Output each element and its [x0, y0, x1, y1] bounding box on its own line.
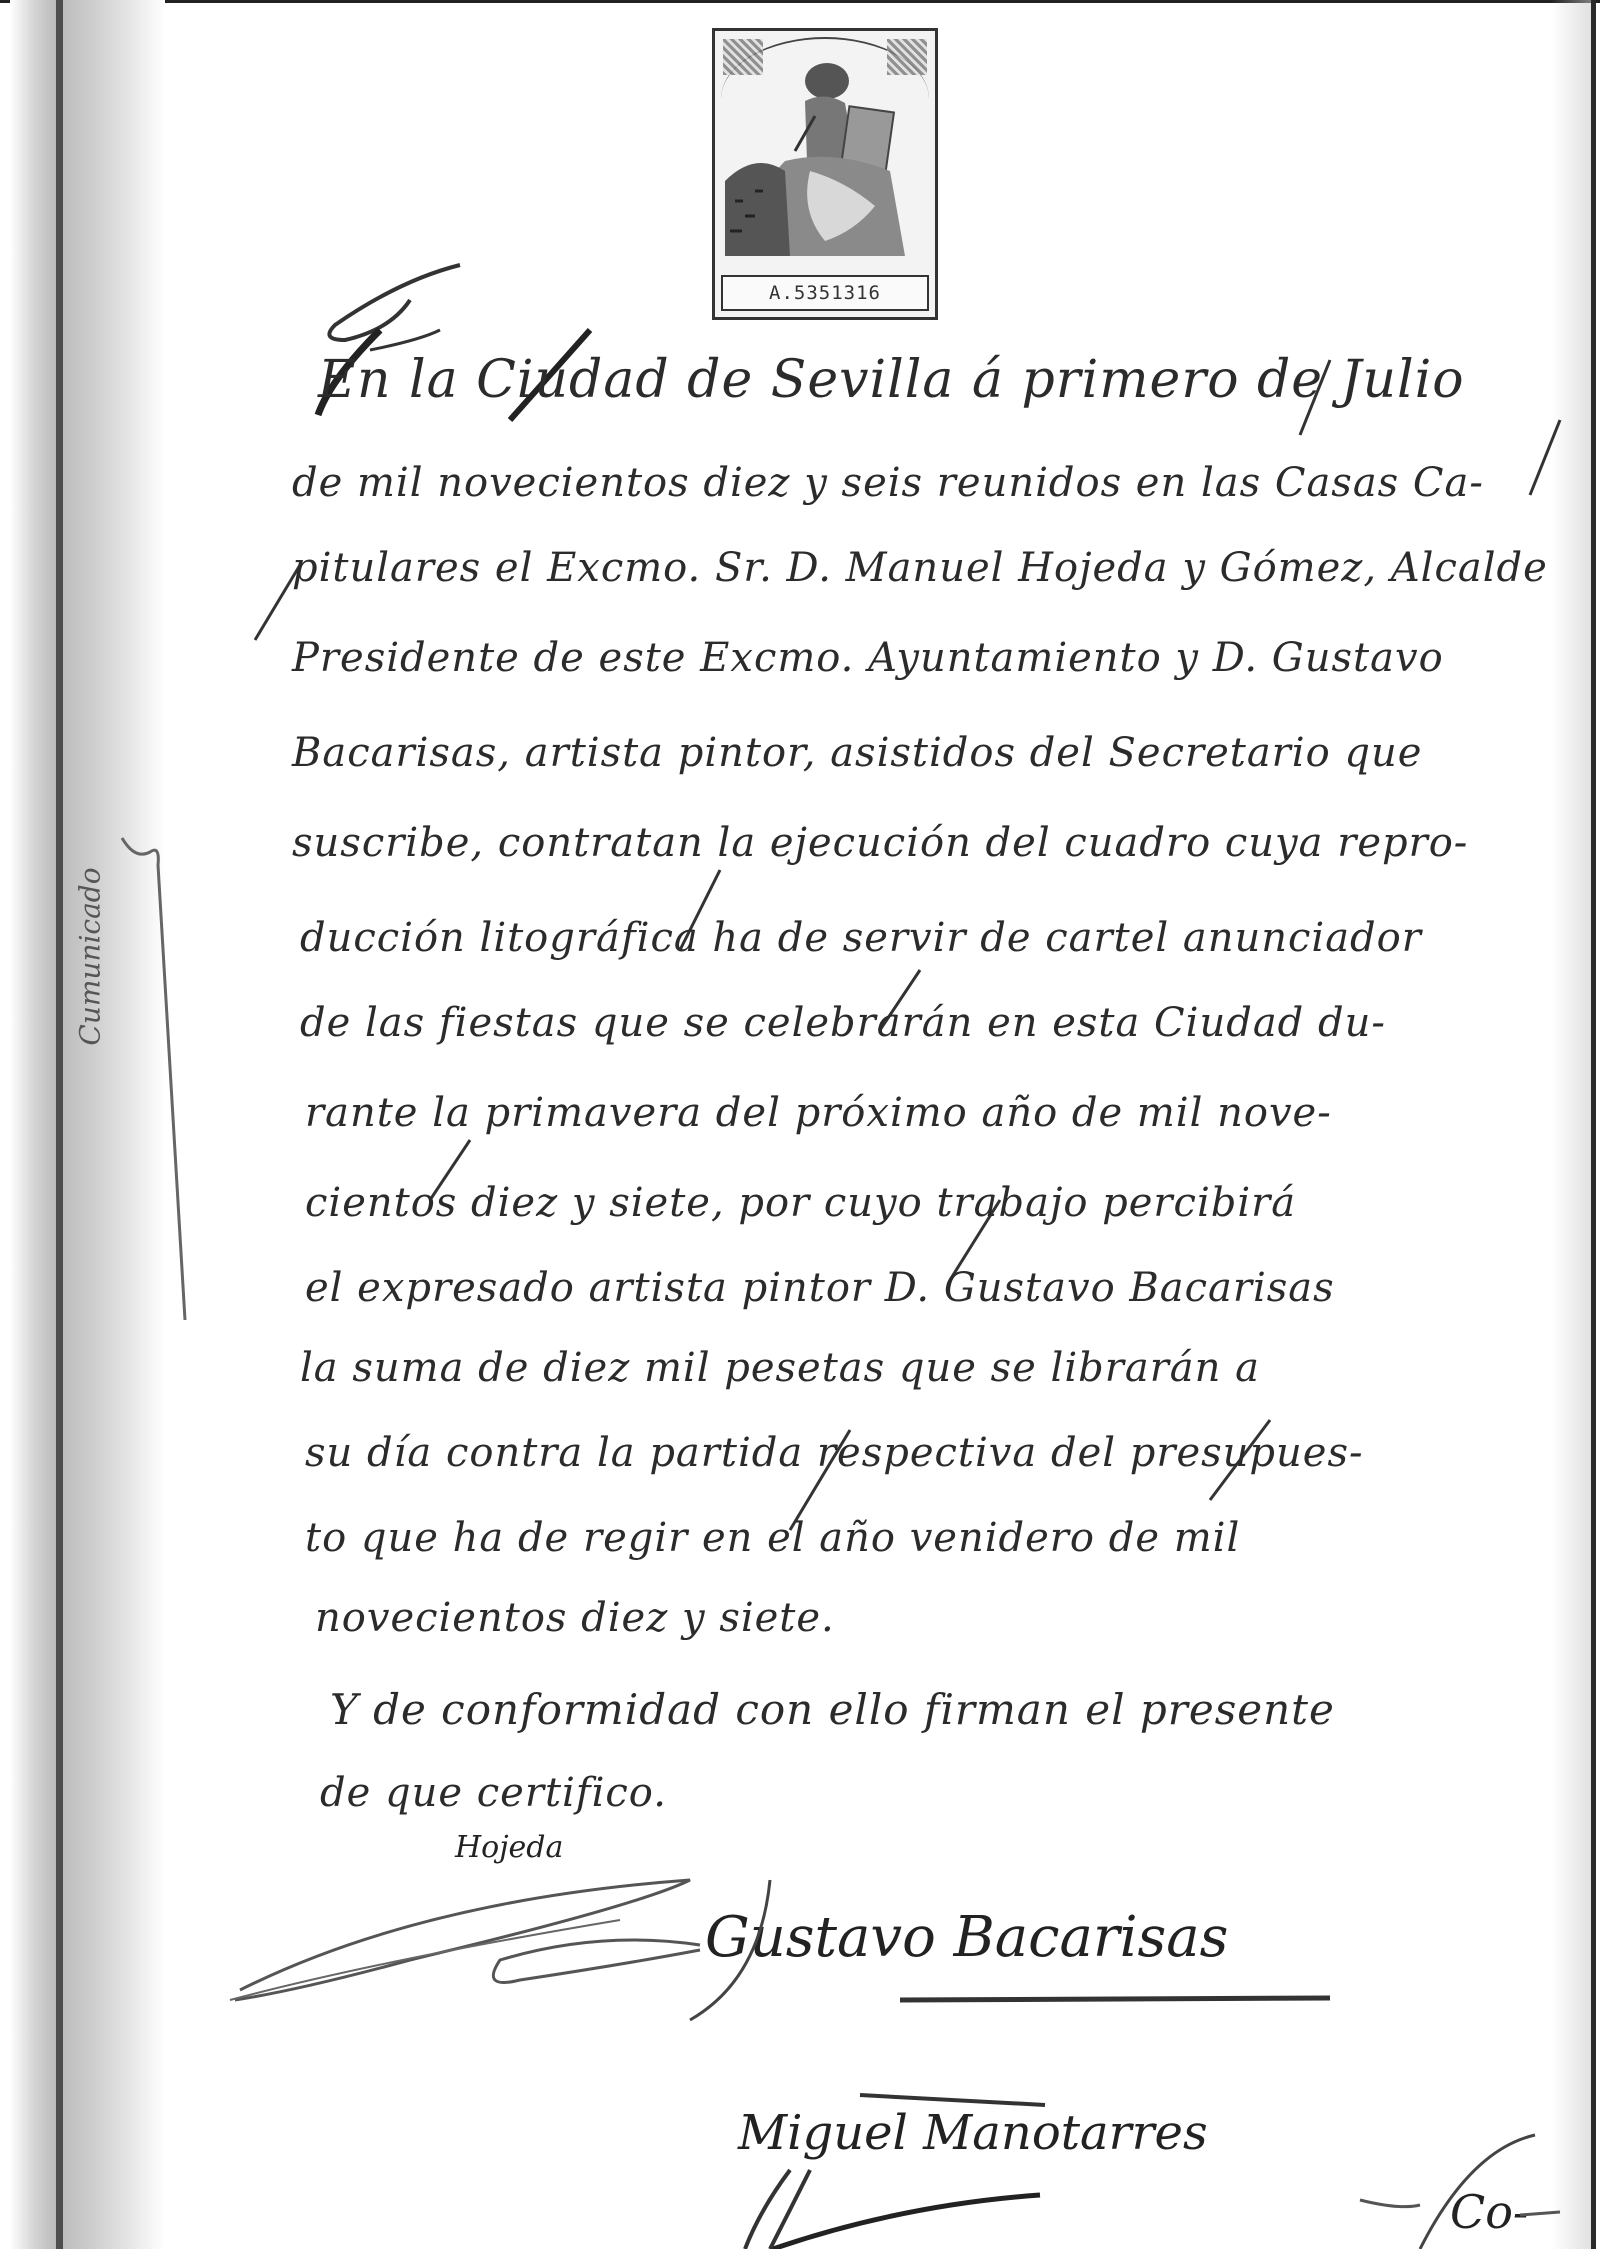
stamp-serial-number: A.5351316: [721, 275, 929, 311]
body-line-7: ducción litográfica ha de servir de cart…: [300, 915, 1422, 961]
body-line-12: la suma de diez mil pesetas que se libra…: [300, 1345, 1260, 1391]
body-line-1: En la Ciudad de Sevilla á primero de Jul…: [318, 350, 1465, 410]
body-line-6: suscribe, contratan la ejecución del cua…: [292, 820, 1468, 866]
corner-rubric-signature: Co-: [1450, 2185, 1528, 2239]
margin-annotation: Cumunicado: [70, 830, 110, 1090]
body-line-17: de que certifico.: [320, 1770, 667, 1816]
body-line-13: su día contra la partida respectiva del …: [305, 1430, 1364, 1476]
mayor-rubric-signature: Hojeda: [455, 1830, 563, 1865]
binding-gutter-line: [56, 0, 63, 2249]
body-line-2: de mil novecientos diez y seis reunidos …: [292, 460, 1484, 506]
body-line-9: rante la primavera del próximo año de mi…: [305, 1090, 1332, 1136]
secretary-signature: Miguel Manotarres: [738, 2105, 1208, 2161]
body-line-8: de las fiestas que se celebrarán en esta…: [300, 1000, 1386, 1046]
page-right-edge: [1591, 0, 1596, 2249]
binding-gutter-shadow: [10, 0, 165, 2249]
body-line-3: pitulares el Excmo. Sr. D. Manuel Hojeda…: [292, 545, 1548, 591]
body-line-11: el expresado artista pintor D. Gustavo B…: [305, 1265, 1335, 1311]
body-line-5: Bacarisas, artista pintor, asistidos del…: [292, 730, 1422, 776]
page-right-shadow: [1551, 0, 1591, 2249]
body-line-16: Y de conformidad con ello firman el pres…: [330, 1685, 1335, 1734]
seated-allegorical-figure-icon: [715, 31, 935, 281]
body-line-4: Presidente de este Excmo. Ayuntamiento y…: [292, 635, 1444, 681]
revenue-stamp: A.5351316: [712, 28, 938, 320]
page-top-edge: [0, 0, 1600, 3]
body-line-10: cientos diez y siete, por cuyo trabajo p…: [305, 1180, 1296, 1226]
body-line-15: novecientos diez y siete.: [315, 1595, 835, 1641]
artist-signature: Gustavo Bacarisas: [705, 1905, 1228, 1970]
margin-annotation-text: Cumunicado: [74, 837, 107, 1077]
body-line-14: to que ha de regir en el año venidero de…: [305, 1515, 1240, 1561]
